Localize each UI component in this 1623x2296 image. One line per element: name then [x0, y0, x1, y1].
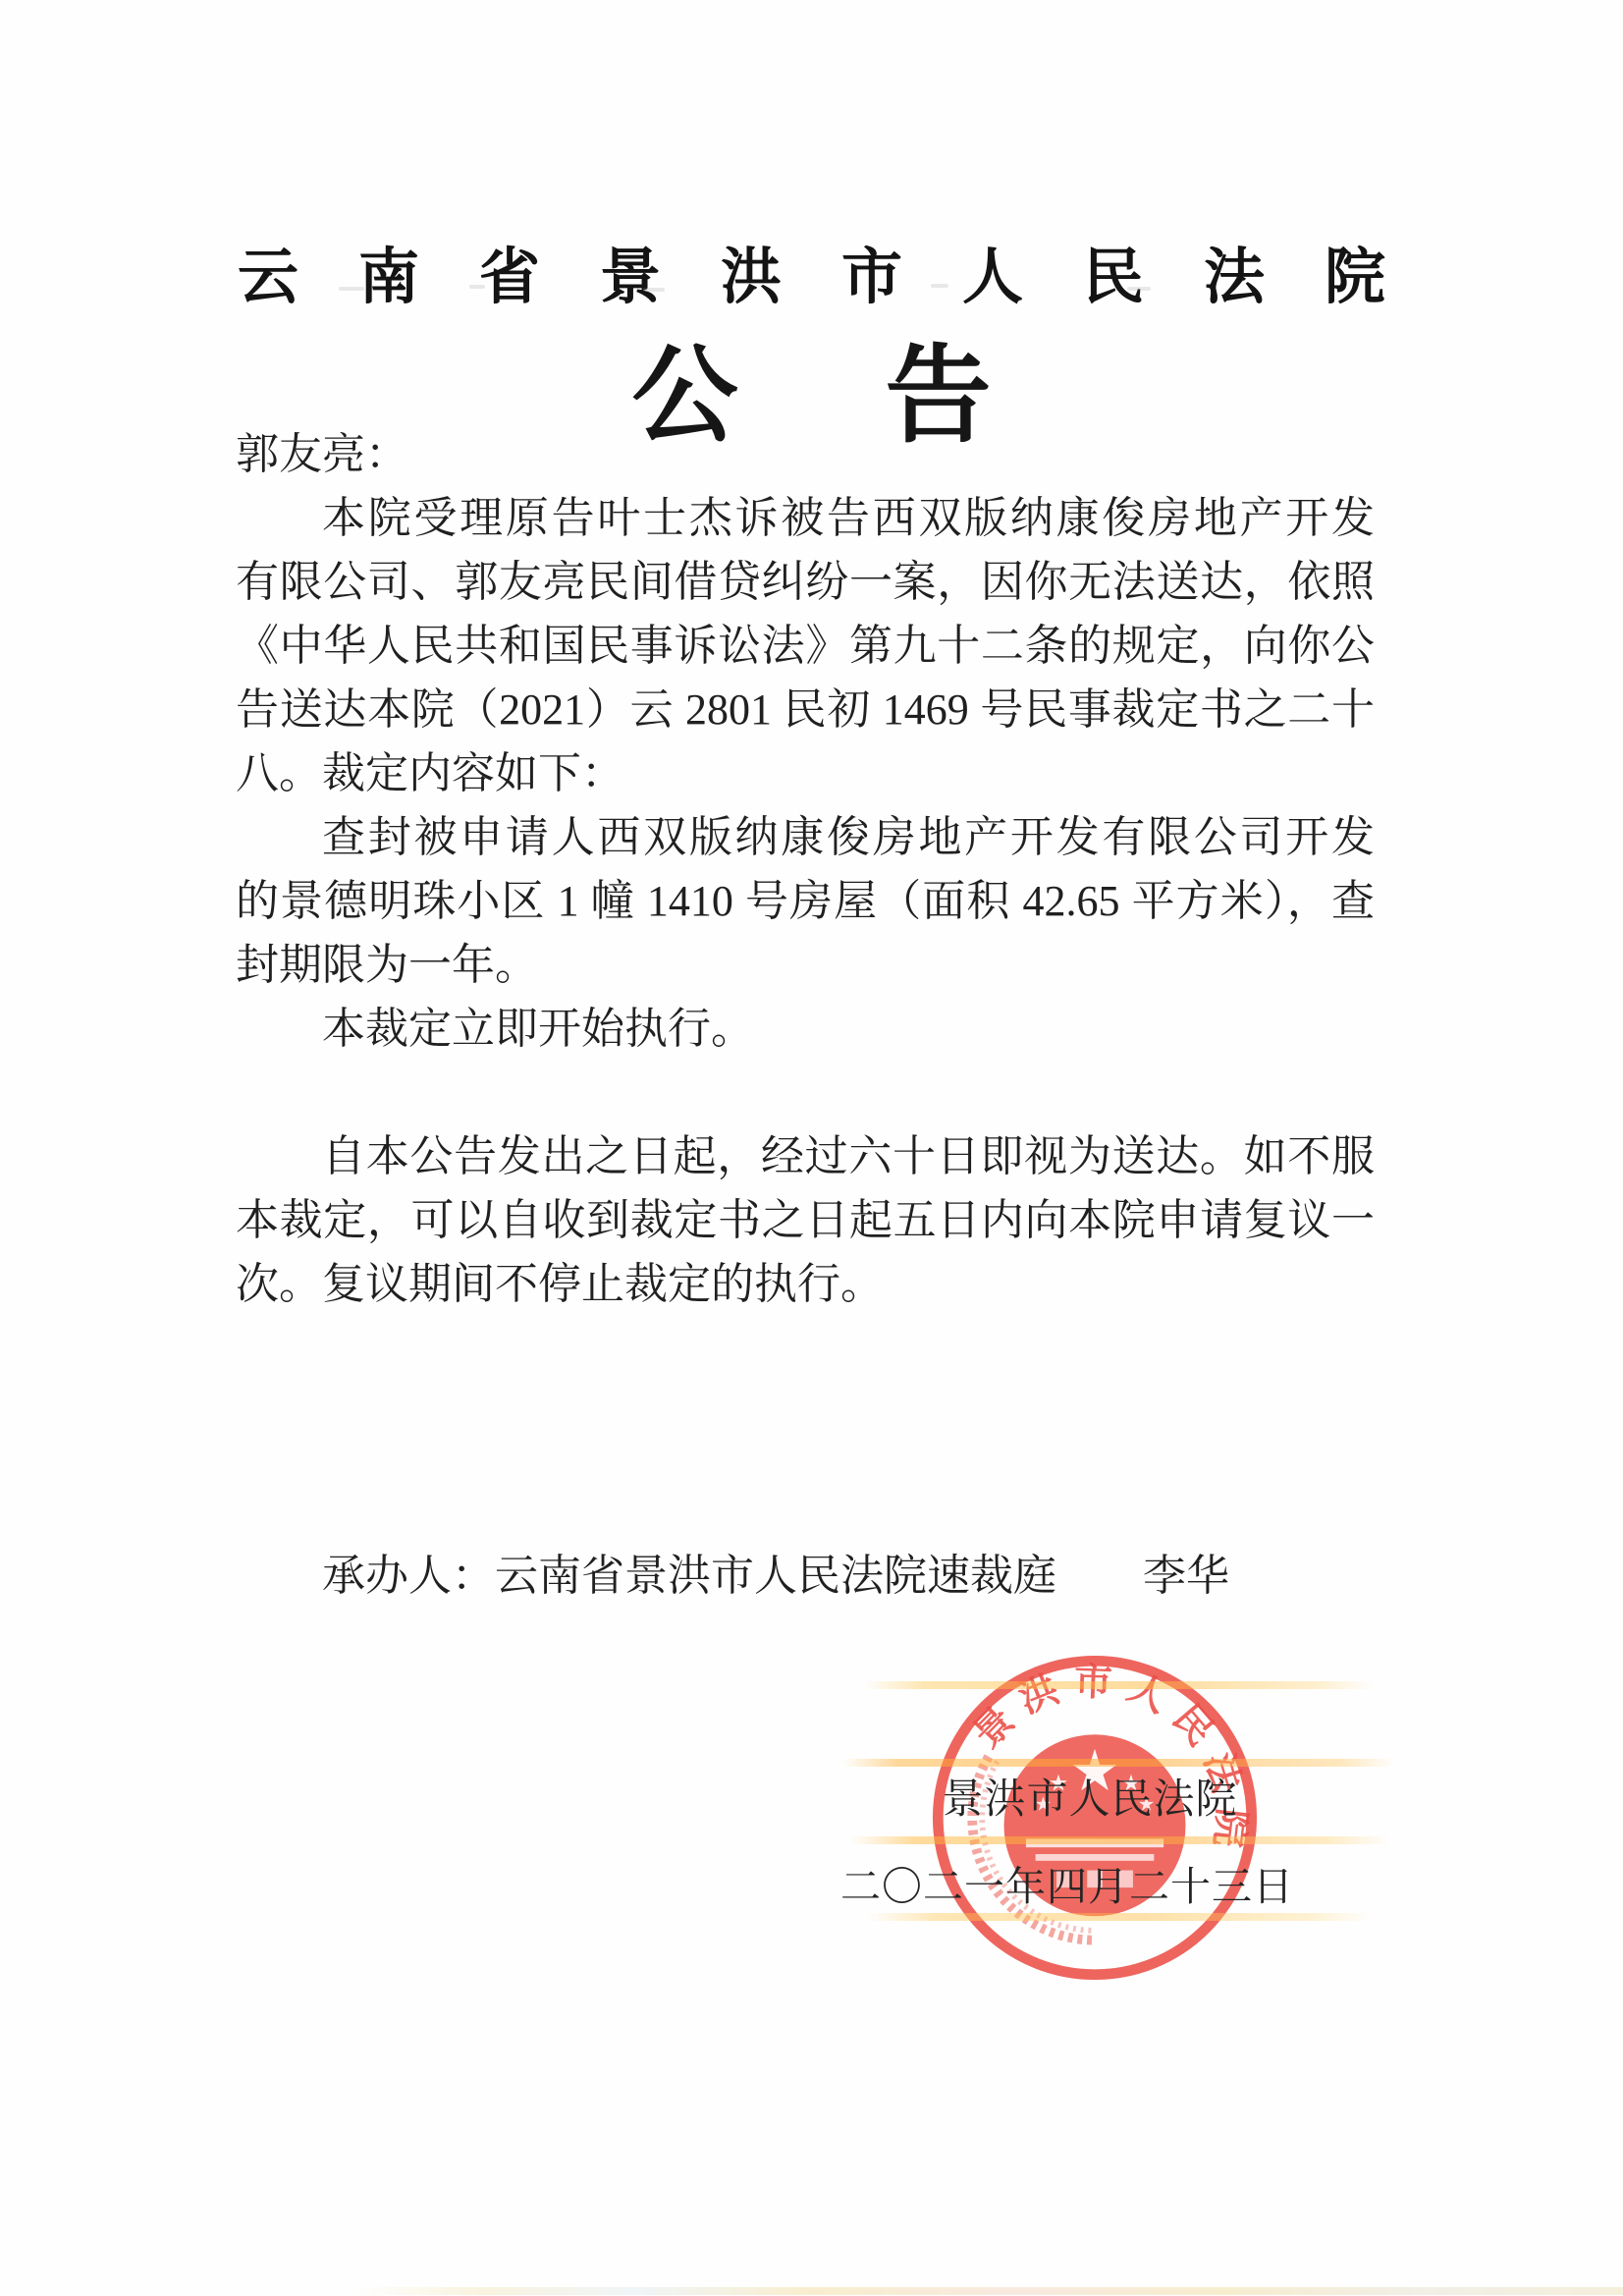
- scan-streak: [868, 1913, 1371, 1921]
- blank-line: [236, 1061, 1375, 1124]
- paragraph-line: 自本公告发出之日起，经过六十日即视为送达。如不服: [236, 1124, 1375, 1188]
- scanned-court-notice-page: { "header": { "court_name": "云南省景洪市人民法院"…: [0, 0, 1623, 2296]
- paragraph-line: 本裁定立即开始执行。: [236, 997, 1375, 1061]
- scan-streak: [864, 1681, 1375, 1689]
- court-title: 云南省景洪市人民法院: [0, 228, 1623, 315]
- bottom-scan-bar: [353, 2287, 1623, 2295]
- scan-streak: [842, 1759, 1394, 1767]
- paragraph-line: 的景德明珠小区 1 幢 1410 号房屋（面积 42.65 平方米），查: [236, 869, 1375, 933]
- signature-court-name: 景洪市人民法院: [933, 1767, 1247, 1826]
- paragraph-line: 本裁定，可以自收到裁定书之日起五日内向本院申请复议一: [236, 1188, 1375, 1252]
- paragraph-line: 查封被申请人西双版纳康俊房地产开发有限公司开发: [236, 805, 1375, 869]
- paragraph-line: 八。裁定内容如下：: [236, 741, 1375, 805]
- paragraph-line: 告送达本院（2021）云 2801 民初 1469 号民事裁定书之二十: [236, 678, 1375, 741]
- signature-date: 二〇二一年四月二十三日: [832, 1854, 1303, 1912]
- scan-artifact-mark: [931, 284, 948, 288]
- scan-artifact-mark: [643, 288, 665, 292]
- scan-streak: [850, 1836, 1390, 1844]
- paragraph-line: 《中华人民共和国民事诉讼法》第九十二条的规定，向你公: [236, 614, 1375, 678]
- paragraph-line: 封期限为一年。: [236, 933, 1375, 997]
- paragraph-line: 有限公司、郭友亮民间借贷纠纷一案，因你无法送达，依照: [236, 550, 1375, 614]
- scan-artifact-mark: [1127, 287, 1151, 291]
- paragraph-line: 次。复议期间不停止裁定的执行。: [236, 1252, 1375, 1316]
- handler-line: 承办人：云南省景洪市人民法院速裁庭 李华: [236, 1544, 1414, 1608]
- paragraph-line: 本院受理原告叶士杰诉被告西双版纳康俊房地产开发: [236, 486, 1375, 550]
- scan-artifact-mark: [339, 287, 364, 291]
- scan-artifact-mark: [469, 285, 485, 289]
- notice-body: 郭友亮： 本院受理原告叶士杰诉被告西双版纳康俊房地产开发 有限公司、郭友亮民间借…: [236, 422, 1375, 1316]
- addressee-line: 郭友亮：: [236, 422, 1375, 486]
